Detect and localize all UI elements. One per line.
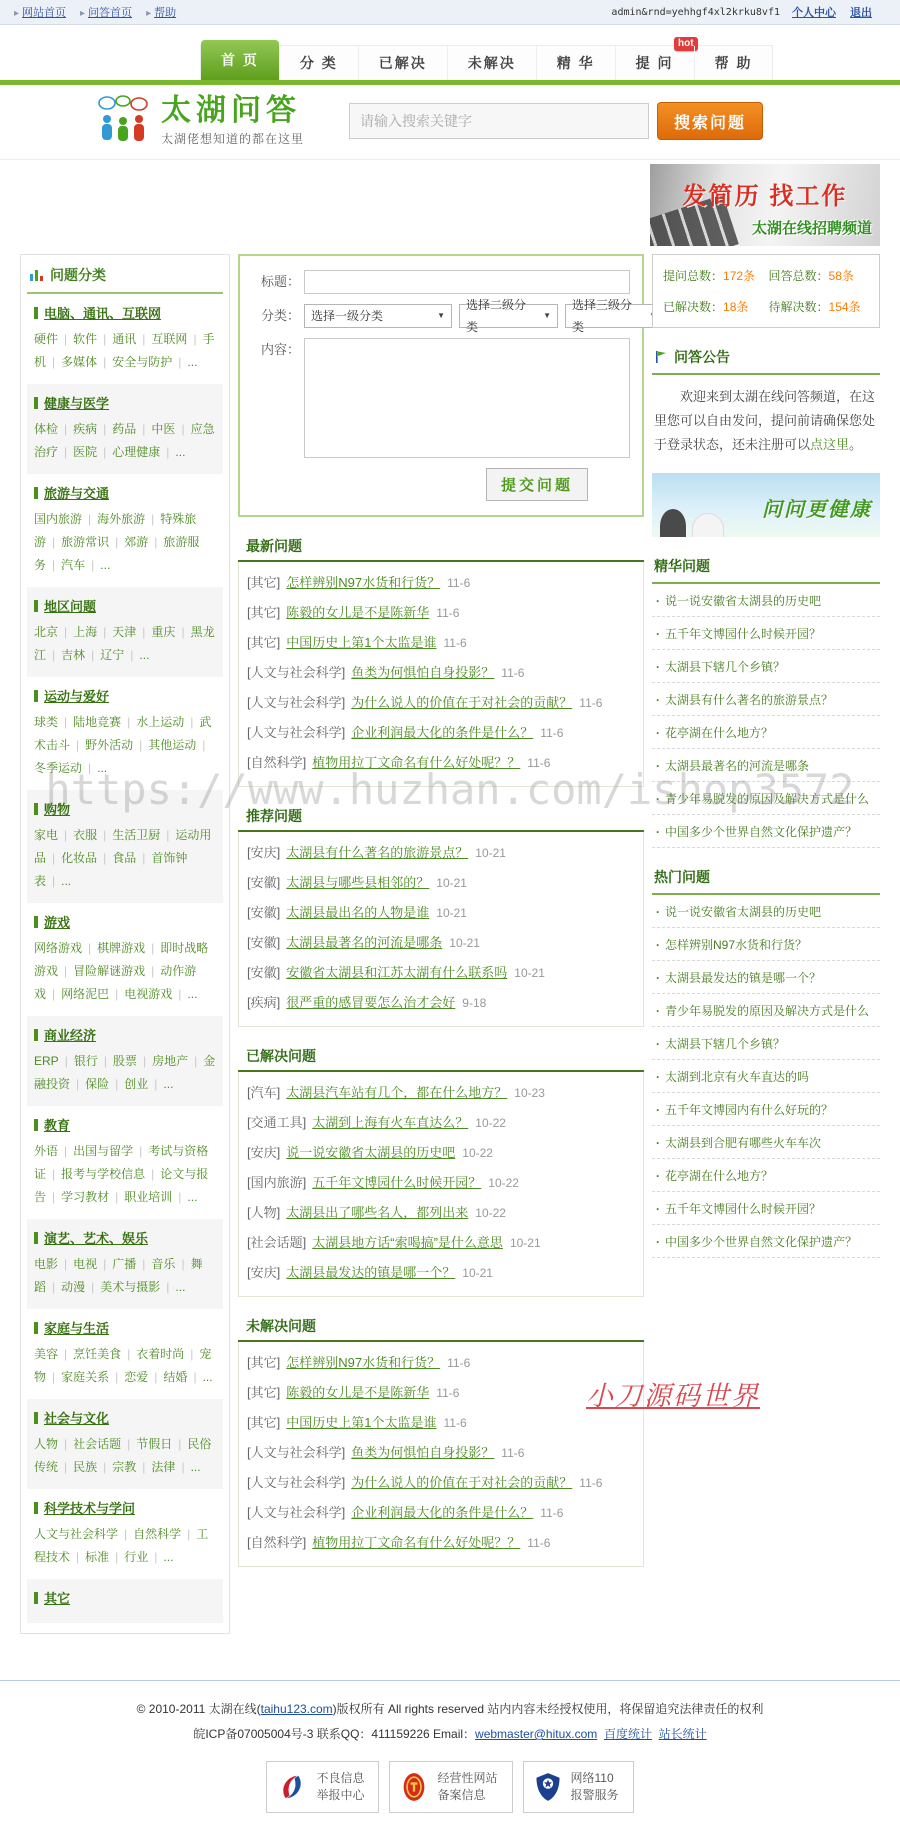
section-title: 未解决问题: [238, 1311, 644, 1342]
question-row: 人文与社会科学鱼类为何惧怕自身投影？11-6: [247, 1438, 635, 1468]
subcategory-link[interactable]: 结婚: [163, 1370, 187, 1384]
question-row: 安庆太湖县有什么著名的旅游景点？10-21: [247, 838, 635, 868]
ask-question-form: 标题： 分类： 选择一级分类▼ 选择二级分类▼ 选择三级分类▼ 内容：: [238, 254, 644, 517]
site-logo[interactable]: 太湖问答 太湖佬想知道的都在这里: [95, 95, 304, 147]
question-date: 11-6: [579, 1476, 602, 1490]
category-block: 教育 外语出国与留学考试与资格证报考与学校信息论文与报告学习教材职业培训...: [27, 1106, 223, 1219]
category-title-link[interactable]: 商业经济: [44, 1025, 96, 1044]
question-row: 其它中国历史上第1个太监是谁11-6: [247, 1408, 635, 1438]
subcategory-link[interactable]: 报考与学校信息: [61, 1167, 145, 1181]
nav-tab-label: 未解决: [468, 55, 516, 71]
question-link[interactable]: 植物用拉丁文命名有什么好处呢？？: [312, 1535, 520, 1550]
question-date: 11-6: [501, 1446, 524, 1460]
question-link[interactable]: 五千年文博园什么时候开园？: [312, 1175, 481, 1190]
category-bullet-icon: [34, 916, 38, 928]
question-link[interactable]: 中国历史上第1个太监是谁: [286, 635, 436, 650]
subcategory-link[interactable]: 出国与留学: [73, 1144, 133, 1158]
category-title-link[interactable]: 游戏: [44, 912, 70, 931]
subcategory-link[interactable]: ...: [175, 445, 185, 459]
subcategory-link[interactable]: 互联网: [151, 332, 187, 346]
question-category: 其它: [247, 635, 280, 650]
question-link[interactable]: 鱼类为何惧怕自身投影？: [351, 665, 494, 680]
question-category: 人物: [247, 1205, 280, 1220]
chart-icon: [29, 268, 44, 282]
question-link[interactable]: 五千年文博园内有什么好玩的？: [665, 1103, 833, 1117]
subcategory-link[interactable]: 家电: [34, 828, 58, 842]
question-link[interactable]: 很严重的感冒要怎么治才会好: [286, 995, 455, 1010]
cyber-police-badge[interactable]: 网络110报警服务: [523, 1761, 634, 1813]
question-link[interactable]: 太湖县最发达的镇是哪一个？: [665, 971, 821, 985]
subcategory-link[interactable]: 冒险解谜游戏: [73, 964, 145, 978]
list-item: 怎样辨别N97水货和行货？: [652, 928, 880, 961]
category-block: 运动与爱好 球类陆地竞赛水上运动武术击斗野外活动其他运动冬季运动...: [27, 677, 223, 790]
category-bullet-icon: [34, 1029, 38, 1041]
subcategory-link[interactable]: 股票: [113, 1054, 137, 1068]
question-link[interactable]: 说一说安徽省太湖县的历史吧: [286, 1145, 455, 1160]
question-date: 10-21: [449, 936, 480, 950]
question-link[interactable]: 太湖县最著名的河流是哪条: [286, 935, 442, 950]
list-item: 太湖县有什么著名的旅游景点？: [652, 683, 880, 716]
subcategory-link[interactable]: 体检: [34, 422, 58, 436]
subcategory-link[interactable]: 多媒体: [61, 355, 97, 369]
nav-tab-label: 首 页: [221, 52, 259, 68]
webmaster-stats-link[interactable]: 站长统计: [659, 1727, 707, 1741]
question-link[interactable]: 青少年易脱发的原因及解决方式是什么: [665, 792, 869, 806]
caret-down-icon: ▼: [543, 305, 551, 327]
question-date: 10-22: [475, 1206, 506, 1220]
submit-question-button[interactable]: 提交问题: [486, 468, 588, 501]
select-value: 选择三级分类: [572, 294, 643, 338]
subcategory-link[interactable]: 重庆: [151, 625, 175, 639]
stat-label: 回答总数：: [769, 269, 829, 283]
question-date: 10-21: [514, 966, 545, 980]
select-value: 选择二级分类: [466, 294, 537, 338]
subcategory-link[interactable]: 房地产: [152, 1054, 188, 1068]
category-block: 其它: [27, 1579, 223, 1623]
subcategory-link[interactable]: 上海: [73, 625, 97, 639]
question-link[interactable]: 鱼类为何惧怕自身投影？: [351, 1445, 494, 1460]
badge-text: 不良信息: [316, 1771, 364, 1785]
nav-tab[interactable]: 帮 助: [694, 46, 773, 80]
question-link[interactable]: 五千年文博园什么时候开园？: [665, 627, 821, 641]
subcategory-link[interactable]: ...: [163, 1077, 173, 1091]
question-row: 人文与社会科学企业利润最大化的条件是什么？11-6: [247, 718, 635, 748]
question-category: 安庆: [247, 1145, 280, 1160]
business-record-badge[interactable]: 经营性网站备案信息: [389, 1761, 512, 1813]
subcategory-link[interactable]: 软件: [73, 332, 97, 346]
question-link[interactable]: 中国多少个世界自然文化保护遗产？: [665, 825, 857, 839]
site-title: 太湖问答: [161, 95, 304, 127]
breadcrumb-link[interactable]: 帮助: [154, 7, 176, 19]
subcategory-link[interactable]: ...: [187, 355, 197, 369]
question-date: 10-21: [436, 876, 467, 890]
nav-tab-label: 提 问: [636, 55, 674, 71]
question-link[interactable]: 中国历史上第1个太监是谁: [286, 1415, 436, 1430]
nav-tab[interactable]: 已解决: [358, 46, 447, 80]
stat-label: 待解决数：: [769, 300, 829, 314]
category-level2-select[interactable]: 选择二级分类▼: [459, 304, 558, 328]
category-bullet-icon: [34, 1412, 38, 1424]
subcategory-link[interactable]: 银行: [74, 1054, 98, 1068]
question-link[interactable]: 太湖县有什么著名的旅游景点？: [286, 845, 468, 860]
question-content-textarea[interactable]: [304, 338, 630, 458]
subcategory-link[interactable]: ...: [191, 1460, 201, 1474]
list-item: 太湖县到合肥有哪些火车车次: [652, 1126, 880, 1159]
subcategory-link[interactable]: 国内旅游: [34, 512, 82, 526]
subcategory-link[interactable]: 通讯: [112, 332, 136, 346]
question-link[interactable]: 太湖县汽车站有几个，都在什么地方？: [286, 1085, 507, 1100]
category-label: 分类：: [252, 304, 300, 328]
question-link[interactable]: 太湖县下辖几个乡镇？: [665, 660, 785, 674]
breadcrumb-arrow-icon: ▸: [146, 8, 151, 19]
question-date: 11-6: [447, 576, 470, 590]
breadcrumb-link[interactable]: 问答首页: [88, 7, 132, 19]
category-block: 科学技术与学问 人文与社会科学自然科学工程技术标准行业...: [27, 1489, 223, 1579]
subcategory-link[interactable]: 其他运动: [148, 738, 196, 752]
question-date: 10-21: [510, 1236, 541, 1250]
subcategory-link[interactable]: 民族: [73, 1460, 97, 1474]
list-item: 中国多少个世界自然文化保护遗产？: [652, 1225, 880, 1258]
question-link[interactable]: 太湖到北京有火车直达的吗: [665, 1070, 809, 1084]
health-ad-banner[interactable]: 问问更健康: [652, 473, 880, 537]
nav-tab[interactable]: 分 类: [279, 46, 358, 80]
category-bullet-icon: [34, 600, 38, 612]
question-link[interactable]: 太湖县地方话“索喝搞”是什么意思: [312, 1235, 503, 1250]
category-title-link[interactable]: 旅游与交通: [44, 483, 109, 502]
section-notice: 问答公告 欢迎来到太湖在线问答频道，在这里您可以自由发问，提问前请确保您处于登录…: [652, 342, 880, 537]
subcategory-link[interactable]: ...: [175, 1280, 185, 1294]
question-date: 10-22: [488, 1176, 519, 1190]
question-link[interactable]: 花亭湖在什么地方？: [665, 726, 773, 740]
question-link[interactable]: 企业利润最大化的条件是什么？: [351, 725, 533, 740]
subcategory-link[interactable]: ...: [187, 1190, 197, 1204]
search-button[interactable]: 搜索问题: [657, 102, 763, 140]
subcategory-link[interactable]: 法律: [151, 1460, 175, 1474]
category-bullet-icon: [34, 307, 38, 319]
subcategory-link[interactable]: 陆地竞赛: [73, 715, 121, 729]
category-title-link[interactable]: 科学技术与学问: [44, 1498, 135, 1517]
category-block: 家庭与生活 美容烹饪美食衣着时尚宠物家庭关系恋爱结婚...: [27, 1309, 223, 1399]
category-level3-select[interactable]: 选择三级分类▼: [565, 304, 664, 328]
subcategory-link[interactable]: 网络泥巴: [61, 987, 109, 1001]
category-level1-select[interactable]: 选择一级分类▼: [304, 304, 452, 328]
subcategory-link[interactable]: 电视: [73, 1257, 97, 1271]
question-date: 10-21: [436, 906, 467, 920]
category-title-link[interactable]: 教育: [44, 1115, 70, 1134]
subcategory-link[interactable]: 社会话题: [73, 1437, 121, 1451]
category-title-link[interactable]: 地区问题: [44, 596, 96, 615]
question-category: 安徽: [247, 965, 280, 980]
stat-item: 提问总数：172条: [663, 267, 769, 284]
subcategory-link[interactable]: 球类: [34, 715, 58, 729]
category-block: 演艺、艺术、娱乐 电影电视广播音乐舞蹈动漫美术与摄影...: [27, 1219, 223, 1309]
notice-text: 欢迎来到太湖在线问答频道，在这里您可以自由发问，提问前请确保您处于登录状态，还未…: [652, 375, 880, 463]
site-header: 太湖问答 太湖佬想知道的都在这里 搜索问题: [0, 85, 900, 160]
question-row: 自然科学植物用拉丁文命名有什么好处呢？？11-6: [247, 1528, 635, 1558]
stat-item: 回答总数：58条: [769, 267, 870, 284]
subcategory-link[interactable]: 职业培训: [124, 1190, 172, 1204]
subcategory-link[interactable]: 保险: [85, 1077, 109, 1091]
subcategory-link[interactable]: 家庭关系: [61, 1370, 109, 1384]
subcategory-link[interactable]: 野外活动: [85, 738, 133, 752]
subcategory-link[interactable]: 食品: [112, 851, 136, 865]
subcategory-link[interactable]: 电影: [34, 1257, 58, 1271]
category-title-link[interactable]: 健康与医学: [44, 393, 109, 412]
category-bullet-icon: [34, 1232, 38, 1244]
subcategory-link[interactable]: 衣着时尚: [136, 1347, 184, 1361]
question-date: 11-6: [447, 1356, 470, 1370]
user-link[interactable]: 退出: [850, 7, 872, 19]
subcategory-link[interactable]: ...: [163, 1550, 173, 1564]
subcategory-link[interactable]: ...: [61, 874, 71, 888]
subcategory-link[interactable]: 冬季运动: [34, 761, 82, 775]
subcategory-link[interactable]: 外语: [34, 1144, 58, 1158]
subcategory-link[interactable]: 电视游戏: [124, 987, 172, 1001]
list-item: 青少年易脱发的原因及解决方式是什么: [652, 782, 880, 815]
section-latest-questions: 最新问题 其它怎样辨别N97水货和行货？11-6其它陈毅的女儿是不是陈新华11-…: [238, 531, 644, 787]
category-title-link[interactable]: 电脑、通讯、互联网: [44, 303, 161, 322]
question-row: 人文与社会科学为什么说人的价值在于对社会的贡献？11-6: [247, 1468, 635, 1498]
question-date: 10-21: [475, 846, 506, 860]
subcategory-link[interactable]: 生活卫厨: [112, 828, 160, 842]
question-row: 其它陈毅的女儿是不是陈新华11-6: [247, 1378, 635, 1408]
list-item: 太湖县下辖几个乡镇？: [652, 1027, 880, 1060]
icp-line: 皖ICP备07005004号-3 联系QQ：411159226 Email：we…: [0, 1722, 900, 1747]
qa-stats-box: 提问总数：172条回答总数：58条已解决数：18条待解决数：154条: [652, 254, 880, 328]
subcategory-link[interactable]: 网络游戏: [34, 941, 82, 955]
subcategory-link[interactable]: ...: [187, 987, 197, 1001]
question-link[interactable]: 怎样辨别N97水货和行货？: [665, 938, 807, 952]
breadcrumb-arrow-icon: ▸: [14, 8, 19, 19]
hot-title: 热门问题: [654, 867, 710, 887]
site-domain-link[interactable]: taihu123.com: [261, 1702, 333, 1716]
subcategory-link[interactable]: 疾病: [73, 422, 97, 436]
subcategory-link[interactable]: 广播: [112, 1257, 136, 1271]
question-link[interactable]: 企业利润最大化的条件是什么？: [351, 1505, 533, 1520]
subcategory-link[interactable]: 硬件: [34, 332, 58, 346]
category-title-link[interactable]: 运动与爱好: [44, 686, 109, 705]
subcategory-link[interactable]: 海外旅游: [97, 512, 145, 526]
question-link[interactable]: 太湖县下辖几个乡镇？: [665, 1037, 785, 1051]
question-date: 11-6: [527, 1536, 550, 1550]
list-item: 五千年文博园内有什么好玩的？: [652, 1093, 880, 1126]
breadcrumb-link[interactable]: 网站首页: [22, 7, 66, 19]
question-link[interactable]: 说一说安徽省太湖县的历史吧: [665, 905, 821, 919]
category-title-link[interactable]: 家庭与生活: [44, 1318, 109, 1337]
question-link[interactable]: 太湖到上海有火车直达么？: [312, 1115, 468, 1130]
question-date: 11-6: [540, 1506, 563, 1520]
category-title-link[interactable]: 社会与文化: [44, 1408, 109, 1427]
badge-text: 报警服务: [571, 1788, 619, 1802]
subcategory-link[interactable]: 学习教材: [61, 1190, 109, 1204]
question-date: 11-6: [527, 756, 550, 770]
subcategory-link[interactable]: 美容: [34, 1347, 58, 1361]
question-date: 10-21: [462, 1266, 493, 1280]
subcategory-link[interactable]: 棋牌游戏: [97, 941, 145, 955]
category-title-link[interactable]: 购物: [44, 799, 70, 818]
subcategory-link[interactable]: ...: [203, 1370, 213, 1384]
question-category: 其它: [247, 1355, 280, 1370]
webmaster-email-link[interactable]: webmaster@hitux.com: [475, 1727, 597, 1741]
category-bullet-icon: [34, 397, 38, 409]
subcategory-link[interactable]: 水上运动: [136, 715, 184, 729]
question-link[interactable]: 陈毅的女儿是不是陈新华: [286, 605, 429, 620]
question-link[interactable]: 太湖县最著名的河流是哪条: [665, 759, 809, 773]
list-item: 五千年文博园什么时候开园？: [652, 617, 880, 650]
list-item: 中国多少个世界自然文化保护遗产？: [652, 815, 880, 848]
list-item: 太湖县最著名的河流是哪条: [652, 749, 880, 782]
nav-tab-label: 精 华: [557, 55, 595, 71]
main-content: 问题分类 电脑、通讯、互联网 硬件软件通讯互联网手机多媒体安全与防护...: [0, 254, 900, 1634]
question-row: 安徽安徽省太湖县和江苏太湖有什么联系吗10-21: [247, 958, 635, 988]
question-link[interactable]: 怎样辨别N97水货和行货？: [286, 1355, 440, 1370]
question-link[interactable]: 植物用拉丁文命名有什么好处呢？？: [312, 755, 520, 770]
baidu-stats-link[interactable]: 百度统计: [604, 1727, 652, 1741]
question-link[interactable]: 为什么说人的价值在于对社会的贡献？: [351, 695, 572, 710]
subcategory-link[interactable]: 美术与摄影: [100, 1280, 160, 1294]
nav-tab[interactable]: 精 华: [536, 46, 615, 80]
subcategory-link[interactable]: 衣服: [73, 828, 97, 842]
stat-value: 154条: [829, 300, 861, 314]
subcategory-link[interactable]: 宗教: [112, 1460, 136, 1474]
question-link[interactable]: 太湖县最发达的镇是哪一个？: [286, 1265, 455, 1280]
subcategory-link[interactable]: 人物: [34, 1437, 58, 1451]
subcategory-link[interactable]: 标准: [85, 1550, 109, 1564]
question-link[interactable]: 为什么说人的价值在于对社会的贡献？: [351, 1475, 572, 1490]
recruitment-ad-banner[interactable]: 发简历 找工作 太湖在线招聘频道: [650, 164, 880, 246]
stat-value: 172条: [723, 269, 755, 283]
subcategory-link[interactable]: 北京: [34, 625, 58, 639]
subcategory-link[interactable]: 心理健康: [112, 445, 160, 459]
section-title: 已解决问题: [238, 1041, 644, 1072]
question-link[interactable]: 太湖县与哪些县相邻的？: [286, 875, 429, 890]
subcategory-link[interactable]: 动漫: [61, 1280, 85, 1294]
question-date: 11-6: [501, 666, 524, 680]
question-date: 11-6: [444, 1416, 467, 1430]
sidebar-title: 问题分类: [50, 265, 106, 285]
center-column: 标题： 分类： 选择一级分类▼ 选择二级分类▼ 选择三级分类▼ 内容：: [238, 254, 644, 1567]
category-bullet-icon: [34, 1592, 38, 1604]
register-here-link[interactable]: 点这里: [810, 437, 849, 452]
content-label: 内容：: [252, 338, 300, 362]
section-solved-questions: 已解决问题 汽车太湖县汽车站有几个，都在什么地方？10-23交通工具太湖到上海有…: [238, 1041, 644, 1297]
category-bullet-icon: [34, 803, 38, 815]
question-link[interactable]: 陈毅的女儿是不是陈新华: [286, 1385, 429, 1400]
subcategory-link[interactable]: 化妆品: [61, 851, 97, 865]
badge-text: 经营性网站: [437, 1771, 497, 1785]
question-link[interactable]: 安徽省太湖县和江苏太湖有什么联系吗: [286, 965, 507, 980]
ad-row: 发简历 找工作 太湖在线招聘频道: [0, 160, 900, 252]
user-link[interactable]: 个人中心: [792, 7, 836, 19]
question-link[interactable]: 说一说安徽省太湖县的历史吧: [665, 594, 821, 608]
question-category: 安徽: [247, 905, 280, 920]
subcategory-link[interactable]: 天津: [112, 625, 136, 639]
subcategory-link[interactable]: 药品: [112, 422, 136, 436]
subcategory-link[interactable]: 安全与防护: [112, 355, 172, 369]
question-row: 疾病很严重的感冒要怎么治才会好9-18: [247, 988, 635, 1018]
copyright-prefix: © 2010-2011 太湖在线(: [137, 1702, 261, 1716]
question-link[interactable]: 青少年易脱发的原因及解决方式是什么: [665, 1004, 869, 1018]
subcategory-link[interactable]: 烹饪美食: [73, 1347, 121, 1361]
question-category: 人文与社会科学: [247, 1505, 345, 1520]
question-link[interactable]: 太湖县出了哪些名人，都列出来: [286, 1205, 468, 1220]
category-title-link[interactable]: 演艺、艺术、娱乐: [44, 1228, 148, 1247]
question-date: 11-6: [444, 636, 467, 650]
category-block: 电脑、通讯、互联网 硬件软件通讯互联网手机多媒体安全与防护...: [27, 294, 223, 384]
question-category: 自然科学: [247, 755, 306, 770]
question-date: 10-22: [462, 1146, 493, 1160]
subcategory-link[interactable]: 汽车: [61, 558, 85, 572]
subcategory-link[interactable]: ...: [97, 761, 107, 775]
question-row: 其它中国历史上第1个太监是谁11-6: [247, 628, 635, 658]
question-category: 疾病: [247, 995, 280, 1010]
list-item: 青少年易脱发的原因及解决方式是什么: [652, 994, 880, 1027]
category-sidebar: 问题分类 电脑、通讯、互联网 硬件软件通讯互联网手机多媒体安全与防护...: [20, 254, 230, 1634]
nav-tab-label: 帮 助: [715, 55, 753, 71]
search-input[interactable]: [349, 103, 649, 139]
question-row: 其它怎样辨别N97水货和行货？11-6: [247, 568, 635, 598]
question-date: 11-6: [540, 726, 563, 740]
question-date: 10-22: [475, 1116, 506, 1130]
category-block: 游戏 网络游戏棋牌游戏即时战略游戏冒险解谜游戏动作游戏网络泥巴电视游戏...: [27, 903, 223, 1016]
subcategory-link[interactable]: 自然科学: [133, 1527, 181, 1541]
caret-down-icon: ▼: [437, 305, 445, 327]
nav-tab[interactable]: 提 问 hot: [615, 46, 694, 80]
main-nav: 首 页 分 类 已解决 未解决: [0, 45, 900, 80]
subcategory-link[interactable]: 中医: [151, 422, 175, 436]
question-row: 汽车太湖县汽车站有几个，都在什么地方？10-23: [247, 1078, 635, 1108]
list-item: 花亭湖在什么地方？: [652, 1159, 880, 1192]
question-link[interactable]: 太湖县最出名的人物是谁: [286, 905, 429, 920]
subcategory-link[interactable]: 人文与社会科学: [34, 1527, 118, 1541]
section-title: 推荐问题: [238, 801, 644, 832]
subcategory-link[interactable]: 节假日: [136, 1437, 172, 1451]
question-link[interactable]: 太湖县到合肥有哪些火车车次: [665, 1136, 821, 1150]
section-unsolved-questions: 未解决问题 其它怎样辨别N97水货和行货？11-6其它陈毅的女儿是不是陈新华11…: [238, 1311, 644, 1567]
category-title-link[interactable]: 其它: [44, 1588, 70, 1607]
question-category: 其它: [247, 1385, 280, 1400]
subcategory-link[interactable]: 辽宁: [100, 648, 124, 662]
subcategory-link[interactable]: 郊游: [124, 535, 148, 549]
question-link[interactable]: 太湖县有什么著名的旅游景点？: [665, 693, 833, 707]
question-link[interactable]: 花亭湖在什么地方？: [665, 1169, 773, 1183]
nav-tab[interactable]: 未解决: [447, 46, 536, 80]
user-session-token: admin&rnd=yehhgf4xl2krku8vf1: [611, 7, 780, 18]
subcategory-link[interactable]: 音乐: [151, 1257, 175, 1271]
subcategory-link[interactable]: 恋爱: [124, 1370, 148, 1384]
subcategory-link[interactable]: 旅游常识: [61, 535, 109, 549]
subcategory-link[interactable]: 吉林: [61, 648, 85, 662]
subcategory-link[interactable]: ERP: [34, 1054, 59, 1068]
search-bar: 搜索问题: [349, 102, 763, 140]
subcategory-link[interactable]: 行业: [124, 1550, 148, 1564]
subcategory-link[interactable]: 医院: [73, 445, 97, 459]
question-row: 安徽太湖县最出名的人物是谁10-21: [247, 898, 635, 928]
question-link[interactable]: 中国多少个世界自然文化保护遗产？: [665, 1235, 857, 1249]
question-title-input[interactable]: [304, 270, 630, 294]
subcategory-link[interactable]: ...: [100, 558, 110, 572]
category-block: 购物 家电衣服生活卫厨运动用品化妆品食品首饰钟表...: [27, 790, 223, 903]
question-link[interactable]: 五千年文博园什么时候开园？: [665, 1202, 821, 1216]
copyright-suffix: )版权所有 All rights reserved 站内内容未经授权使用，将保留…: [333, 1702, 764, 1716]
nav-tab[interactable]: 首 页: [201, 40, 279, 80]
question-link[interactable]: 怎样辨别N97水货和行货？: [286, 575, 440, 590]
question-date: 11-6: [436, 606, 459, 620]
category-bullet-icon: [34, 1119, 38, 1131]
subcategory-link[interactable]: 创业: [124, 1077, 148, 1091]
subcategory-link[interactable]: ...: [139, 648, 149, 662]
report-center-badge[interactable]: 不良信息举报中心: [266, 1761, 379, 1813]
